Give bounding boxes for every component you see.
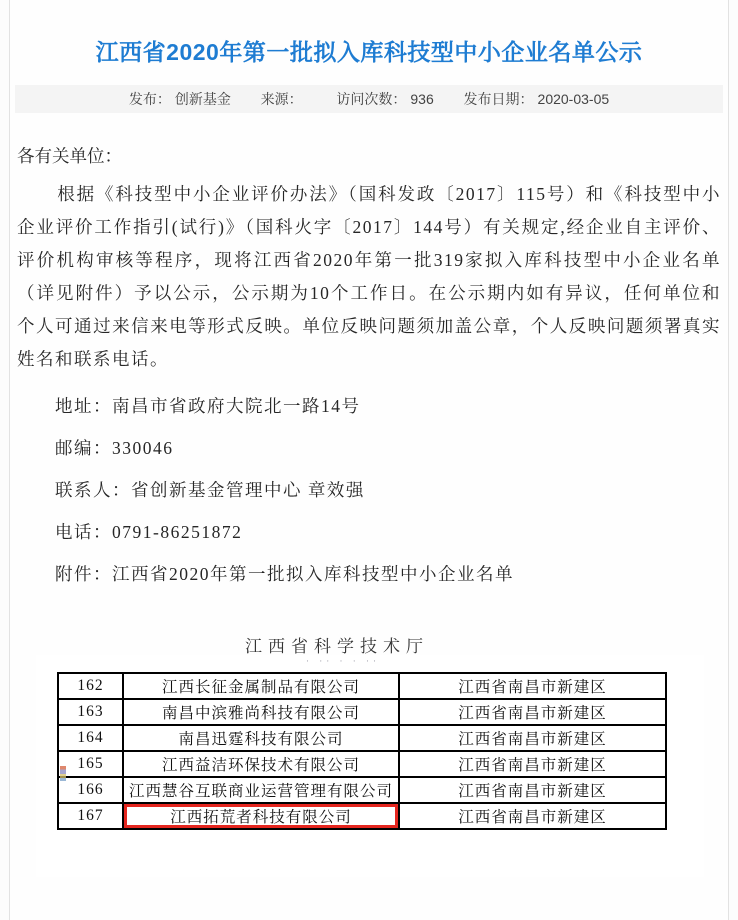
publish-date-value: 2020-03-05 [538, 91, 610, 107]
phone-value: 0791-86251872 [112, 522, 242, 542]
publish-date-label: 发布日期： [464, 91, 534, 107]
table-row: 167 江西拓荒者科技有限公司 江西省南昌市新建区 [58, 803, 666, 829]
table-row: 162 江西长征金属制品有限公司 江西省南昌市新建区 [58, 673, 666, 699]
visits-label: 访问次数： [336, 91, 406, 107]
company-name-cell: 南昌中滨雅尚科技有限公司 [123, 699, 399, 725]
row-number-cell: 167 [58, 803, 123, 829]
row-number-cell: 166 [58, 777, 123, 803]
scan-artifact [60, 766, 66, 781]
company-name-cell: 江西长征金属制品有限公司 [123, 673, 399, 699]
row-number-cell: 162 [58, 673, 123, 699]
row-number-cell: 165 [58, 751, 123, 777]
region-cell: 江西省南昌市新建区 [399, 777, 666, 803]
company-list-table-body: 162 江西长征金属制品有限公司 江西省南昌市新建区 163 南昌中滨雅尚科技有… [58, 673, 666, 829]
attachment-link[interactable]: 江西省2020年第一批拟入库科技型中小企业名单 [112, 564, 514, 584]
main-paragraph: 根据《科技型中小企业评价办法》（国科发政〔2017〕115号）和《科技型中小企业… [17, 178, 721, 376]
company-list-table: 162 江西长征金属制品有限公司 江西省南昌市新建区 163 南昌中滨雅尚科技有… [57, 672, 667, 830]
region-cell: 江西省南昌市新建区 [399, 725, 666, 751]
cropped-row-remnant: · ·· · · ·· [306, 658, 396, 665]
article-meta-bar: 发布：创新基金 来源： 访问次数：936 发布日期：2020-03-05 [15, 85, 723, 113]
source-label: 来源： [261, 91, 303, 107]
table-row: 163 南昌中滨雅尚科技有限公司 江西省南昌市新建区 [58, 699, 666, 725]
region-cell: 江西省南昌市新建区 [399, 673, 666, 699]
table-row: 166 江西慧谷互联商业运营管理有限公司 江西省南昌市新建区 [58, 777, 666, 803]
company-name-cell: 江西益洁环保技术有限公司 [123, 751, 399, 777]
article-body: 各有关单位： 根据《科技型中小企业评价办法》（国科发政〔2017〕115号）和《… [10, 140, 728, 663]
contact-block: 地址：南昌市省政府大院北一路14号 邮编：330046 联系人：省创新基金管理中… [17, 385, 721, 595]
contact-person-value: 省创新基金管理中心 章效强 [131, 480, 365, 500]
contact-person-line: 联系人：省创新基金管理中心 章效强 [55, 469, 721, 511]
zip-label: 邮编： [55, 438, 112, 458]
region-cell: 江西省南昌市新建区 [399, 751, 666, 777]
address-line: 地址：南昌市省政府大院北一路14号 [55, 385, 721, 427]
publish-value: 创新基金 [175, 91, 231, 107]
table-row: 164 南昌迅霆科技有限公司 江西省南昌市新建区 [58, 725, 666, 751]
region-cell: 江西省南昌市新建区 [399, 803, 666, 829]
visits-value: 936 [410, 91, 433, 107]
zip-value: 330046 [112, 438, 174, 458]
company-name-cell: 南昌迅霆科技有限公司 [123, 725, 399, 751]
highlighted-company-cell: 江西拓荒者科技有限公司 [123, 803, 399, 829]
address-label: 地址： [55, 396, 112, 416]
company-name-cell: 江西慧谷互联商业运营管理有限公司 [123, 777, 399, 803]
region-cell: 江西省南昌市新建区 [399, 699, 666, 725]
address-value: 南昌市省政府大院北一路14号 [112, 396, 361, 416]
table-row: 165 江西益洁环保技术有限公司 江西省南昌市新建区 [58, 751, 666, 777]
salutation: 各有关单位： [17, 140, 721, 173]
publish-label: 发布： [129, 91, 171, 107]
row-number-cell: 164 [58, 725, 123, 751]
article-page: 江西省2020年第一批拟入库科技型中小企业名单公示 发布：创新基金 来源： 访问… [9, 0, 729, 920]
attachment-label: 附件： [55, 564, 112, 584]
phone-line: 电话：0791-86251872 [55, 511, 721, 553]
page-title: 江西省2020年第一批拟入库科技型中小企业名单公示 [10, 34, 728, 67]
contact-person-label: 联系人： [55, 480, 131, 500]
row-number-cell: 163 [58, 699, 123, 725]
phone-label: 电话： [55, 522, 112, 542]
attachment-line: 附件：江西省2020年第一批拟入库科技型中小企业名单 [55, 553, 721, 595]
zip-line: 邮编：330046 [55, 427, 721, 469]
